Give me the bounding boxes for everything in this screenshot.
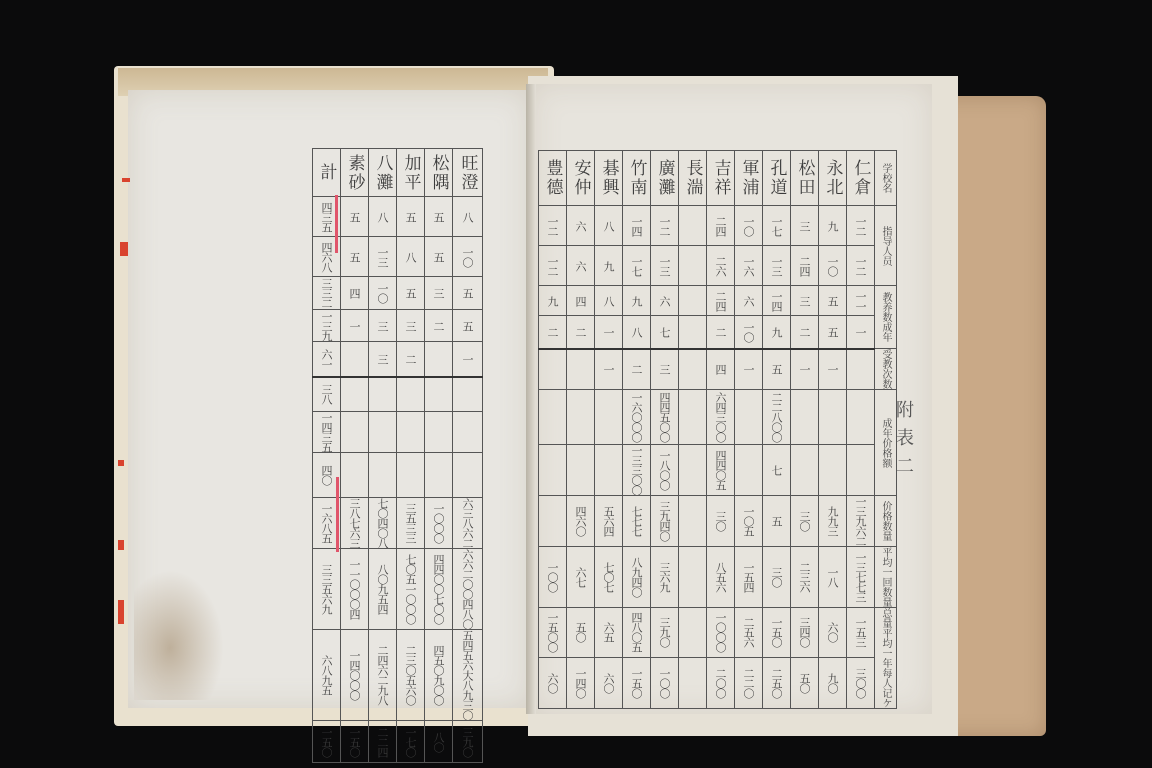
column-header: 永北 [819, 151, 847, 206]
table-cell: 三九〇 [453, 721, 483, 763]
table-cell: 一五四 [735, 547, 763, 608]
table-cell: 六一 [313, 342, 341, 377]
column-header: 竹南 [623, 151, 651, 206]
table-cell [397, 377, 425, 412]
table-cell: 三 [425, 277, 453, 310]
table-header-row: 計 素砂 八灘 加平 松隅 旺澄 [313, 149, 483, 197]
table-cell [595, 390, 623, 445]
table-cell: 三八七六三 [341, 498, 369, 549]
table-cell: 三三二 [313, 277, 341, 310]
table-cell: 五 [341, 197, 369, 237]
table-cell: 五 [341, 237, 369, 277]
table-cell: 一〇 [735, 206, 763, 246]
table-cell: 二三六 [791, 547, 819, 608]
column-header: 素砂 [341, 149, 369, 197]
table-cell: 一三七七三 [847, 547, 875, 608]
table-cell: 四 [341, 277, 369, 310]
table-cell: 四八〇五 [623, 608, 651, 658]
table-cell: 六〇 [539, 657, 567, 708]
table-cell: 三 [369, 342, 397, 377]
table-cell: 一八〇〇 [651, 445, 679, 496]
table-cell: 一二 [651, 206, 679, 246]
table-cell: 二 [539, 316, 567, 349]
table-row: 一五〇〇 五〇 六五 四八〇五 三九〇 一〇〇〇 二五六 一五〇 三四〇 六〇 … [539, 608, 897, 658]
column-header: 廣灘 [651, 151, 679, 206]
table-cell: 一三 [763, 246, 791, 286]
table-cell: 七〇四〇八 [369, 498, 397, 549]
row-label: 教养数成年 [875, 286, 897, 349]
table-row: 一五〇 一五〇 二二四 一七〇 八〇 三九〇 [313, 721, 483, 763]
column-header: 長湍 [679, 151, 707, 206]
table-cell: 五 [763, 496, 791, 547]
table-row: 一二 六 九 一七 一三 二六 一六 一三 二四 一〇 一二 [539, 246, 897, 286]
table-cell: 二 [791, 316, 819, 349]
table-cell: 七〇七 [595, 547, 623, 608]
right-ledger-table: 豊德 安仲 碁興 竹南 廣灘 長湍 吉祥 軍浦 孔道 松田 永北 仁倉 学校名 … [538, 150, 897, 709]
table-cell: 八九四〇 [623, 547, 651, 608]
table-cell: 一五三 [847, 608, 875, 658]
table-cell: 五〇 [791, 657, 819, 708]
table-cell: 一二 [539, 206, 567, 246]
table-cell: 五 [425, 197, 453, 237]
table-cell [679, 496, 707, 547]
table-cell: 五六四 [595, 496, 623, 547]
table-cell [567, 349, 595, 390]
table-cell [735, 390, 763, 445]
table-cell: 一五〇 [341, 721, 369, 763]
table-cell: 一四 [763, 286, 791, 316]
table-cell [397, 453, 425, 498]
table-cell: 三四〇 [791, 608, 819, 658]
table-cell [679, 657, 707, 708]
table-cell: 一 [595, 349, 623, 390]
table-cell [819, 445, 847, 496]
red-pencil-mark [335, 195, 338, 253]
table-cell: 三〇〇 [847, 657, 875, 708]
table-cell: 一一 [847, 286, 875, 316]
table-cell [679, 445, 707, 496]
table-cell [679, 390, 707, 445]
table-cell [679, 349, 707, 390]
table-cell: 五 [453, 310, 483, 342]
column-header: 豊德 [539, 151, 567, 206]
table-cell: 六七 [567, 547, 595, 608]
table-cell: 九 [819, 206, 847, 246]
table-cell: 四 [567, 286, 595, 316]
table-cell: 一 [847, 316, 875, 349]
table-cell: 一四 [623, 206, 651, 246]
row-label: 平均一回数量 [875, 547, 897, 608]
table-cell: 六〇 [595, 657, 623, 708]
table-cell: 九 [763, 316, 791, 349]
table-row: 六八九五 一四〇〇〇 二四六二九八 二三〇五六〇 四五〇九〇〇 五四五六大八九三… [313, 630, 483, 721]
table-cell: 四四五〇〇 [651, 390, 679, 445]
table-row: 一 二 三 四 一 五 一 一 受教次数 [539, 349, 897, 390]
table-row: 二 二 一 八 七 二 一〇 九 二 五 一 [539, 316, 897, 349]
table-cell: 一四〇 [567, 657, 595, 708]
table-cell: 五 [397, 277, 425, 310]
table-cell: 八 [623, 316, 651, 349]
table-row: 三八 [313, 377, 483, 412]
table-cell: 二四六二九八 [369, 630, 397, 721]
table-cell [341, 377, 369, 412]
table-cell [679, 286, 707, 316]
table-row: 一〇〇 六七 七〇七 八九四〇 三六九 八五六 一五四 三〇 二三六 一八 一三… [539, 547, 897, 608]
table-cell: 一 [453, 342, 483, 377]
table-cell: 一三 [369, 237, 397, 277]
table-cell: 三五三三 [397, 498, 425, 549]
table-cell: 一〇〇〇 [707, 608, 735, 658]
table-cell: 二六 [707, 246, 735, 286]
table-cell [369, 412, 397, 453]
table-cell: 五四五六大八九三〇 [453, 630, 483, 721]
column-header: 孔道 [763, 151, 791, 206]
table-cell [847, 445, 875, 496]
table-cell: 五 [763, 349, 791, 390]
table-row: 三三二 四 一〇 五 三 五 [313, 277, 483, 310]
table-cell: 七 [763, 445, 791, 496]
table-cell [679, 246, 707, 286]
table-cell: 九 [539, 286, 567, 316]
appendix-title: 附表二 [890, 400, 916, 484]
table-cell: 六五 [595, 608, 623, 658]
column-header: 松田 [791, 151, 819, 206]
table-cell [453, 377, 483, 412]
table-cell: 四四〇五 [707, 445, 735, 496]
book-gutter [526, 84, 536, 714]
column-header: 軍浦 [735, 151, 763, 206]
table-cell: 一〇 [819, 246, 847, 286]
table-cell: 八 [397, 237, 425, 277]
table-cell: 六八九五 [313, 630, 341, 721]
red-tab-mark [122, 178, 130, 182]
table-cell: 八五六 [707, 547, 735, 608]
table-cell: 一七〇 [397, 721, 425, 763]
table-cell: 三九〇 [651, 608, 679, 658]
table-cell: 八 [369, 197, 397, 237]
table-cell: 一 [819, 349, 847, 390]
table-cell: 一三 [651, 246, 679, 286]
table-cell: 七〇五一〇〇〇 [397, 549, 425, 630]
table-cell: 一八 [819, 547, 847, 608]
table-row: 四六〇 五六四 七七七 三九四〇 三〇 一〇五 五 三〇 九九三 一三九六二 价… [539, 496, 897, 547]
table-cell: 一三九六二 [847, 496, 875, 547]
table-cell: 二二八〇〇 [763, 390, 791, 445]
table-cell [679, 206, 707, 246]
table-cell: 九 [595, 246, 623, 286]
red-tab-mark [120, 242, 128, 256]
table-cell: 三 [791, 286, 819, 316]
row-label: 受教次数 [875, 349, 897, 390]
table-cell [369, 453, 397, 498]
table-cell: 五 [819, 316, 847, 349]
table-cell: 二五六 [735, 608, 763, 658]
table-cell: 一〇〇〇 [425, 498, 453, 549]
table-header-row: 豊德 安仲 碁興 竹南 廣灘 長湍 吉祥 軍浦 孔道 松田 永北 仁倉 学校名 [539, 151, 897, 206]
table-cell: 六〇 [819, 608, 847, 658]
table-row: 一三九 一 三 三 二 五 [313, 310, 483, 342]
table-cell: 三六九 [651, 547, 679, 608]
table-cell: 一〇 [735, 316, 763, 349]
table-cell: 二 [623, 349, 651, 390]
table-cell: 二二四 [369, 721, 397, 763]
table-cell [679, 608, 707, 658]
table-cell: 二五〇 [763, 657, 791, 708]
table-cell: 四 [707, 349, 735, 390]
row-label: 价格数量 [875, 496, 897, 547]
column-header: 仁倉 [847, 151, 875, 206]
table-cell: 一五〇 [313, 721, 341, 763]
table-cell: 一七 [763, 206, 791, 246]
table-cell [369, 377, 397, 412]
table-cell [847, 390, 875, 445]
table-cell: 六 [651, 286, 679, 316]
table-cell [539, 496, 567, 547]
table-cell: 二二〇 [735, 657, 763, 708]
table-cell: 五 [819, 286, 847, 316]
table-cell: 八 [595, 286, 623, 316]
table-row: 九 四 八 九 六 二四 六 一四 三 五 一一 教养数成年 [539, 286, 897, 316]
table-cell [567, 390, 595, 445]
table-row: 一二 六 八 一四 一二 二四 一〇 一七 三 九 一二 指导人员 [539, 206, 897, 246]
table-cell [539, 349, 567, 390]
table-cell: 六四三〇〇 [707, 390, 735, 445]
table-cell: 一 [791, 349, 819, 390]
table-cell [819, 390, 847, 445]
table-cell: 四四〇〇七〇〇 [425, 549, 453, 630]
column-header: 碁興 [595, 151, 623, 206]
table-cell [791, 390, 819, 445]
table-cell: 六 [567, 246, 595, 286]
red-pencil-mark [336, 477, 339, 552]
table-cell: 五〇 [567, 608, 595, 658]
table-cell: 一三三〇〇 [623, 445, 651, 496]
table-cell [791, 445, 819, 496]
table-cell: 一〇五 [735, 496, 763, 547]
table-cell [341, 412, 369, 453]
red-tab-mark [118, 540, 124, 550]
column-header: 松隅 [425, 149, 453, 197]
column-header: 加平 [397, 149, 425, 197]
table-cell: 一二 [539, 246, 567, 286]
table-cell [735, 445, 763, 496]
table-cell [453, 453, 483, 498]
table-cell: 七 [651, 316, 679, 349]
table-cell: 五 [425, 237, 453, 277]
table-cell [341, 453, 369, 498]
table-cell: 三 [651, 349, 679, 390]
table-cell [453, 412, 483, 453]
table-cell: 四五〇九〇〇 [425, 630, 453, 721]
table-row: 六〇 一四〇 六〇 一五〇 一〇〇 二〇〇 二二〇 二五〇 五〇 九〇 三〇〇 [539, 657, 897, 708]
column-header: 吉祥 [707, 151, 735, 206]
table-cell: 一〇 [453, 237, 483, 277]
red-tab-mark [118, 460, 124, 466]
table-cell: 三〇 [707, 496, 735, 547]
table-cell: 二 [707, 316, 735, 349]
table-cell: 一〇〇 [651, 657, 679, 708]
column-header: 安仲 [567, 151, 595, 206]
table-cell: 一六 [735, 246, 763, 286]
table-cell: 一四〇〇〇 [341, 630, 369, 721]
table-cell: 一一〇〇〇四 [341, 549, 369, 630]
table-cell [595, 445, 623, 496]
table-cell [679, 547, 707, 608]
table-cell: 二四 [791, 246, 819, 286]
table-cell: 三〇 [763, 547, 791, 608]
table-row: 一三三〇〇 一八〇〇 四四〇五 七 [539, 445, 897, 496]
table-cell: 一二 [847, 246, 875, 286]
table-cell: 六 [735, 286, 763, 316]
table-cell [539, 445, 567, 496]
table-cell: 一〇〇 [539, 547, 567, 608]
table-cell: 三 [397, 310, 425, 342]
table-cell: 二 [397, 342, 425, 377]
table-cell: 一三九 [313, 310, 341, 342]
table-cell [425, 453, 453, 498]
table-cell: 六三八六二 [453, 498, 483, 549]
table-cell: 三〇 [791, 496, 819, 547]
row-label: 指导人员 [875, 206, 897, 286]
table-cell: 二〇〇 [707, 657, 735, 708]
table-cell: 二 [567, 316, 595, 349]
water-stain [134, 570, 224, 700]
table-row: 四六八 五 一三 八 五 一〇 [313, 237, 483, 277]
table-cell [847, 349, 875, 390]
table-cell: 一 [735, 349, 763, 390]
table-cell: 一五〇 [623, 657, 651, 708]
table-row: 一四三五 [313, 412, 483, 453]
table-cell: 一七 [623, 246, 651, 286]
table-row: 四三五 五 八 五 五 八 [313, 197, 483, 237]
table-cell: 八〇九五四 [369, 549, 397, 630]
table-cell: 三 [791, 206, 819, 246]
table-cell [425, 412, 453, 453]
header-label: 学校名 [875, 151, 897, 206]
table-cell: 三三五六九 [313, 549, 341, 630]
table-cell: 五 [397, 197, 425, 237]
table-cell: 一五〇 [763, 608, 791, 658]
table-cell: 八 [453, 197, 483, 237]
table-row: 三三五六九 一一〇〇〇四 八〇九五四 七〇五一〇〇〇 四四〇〇七〇〇 六六二〇〇… [313, 549, 483, 630]
table-cell: 八〇 [425, 721, 453, 763]
table-cell: 一 [595, 316, 623, 349]
table-cell: 一二 [847, 206, 875, 246]
column-header: 八灘 [369, 149, 397, 197]
table-cell [539, 390, 567, 445]
row-label: 总量平均一年每人记ケ [875, 608, 897, 709]
table-cell: 四六〇 [567, 496, 595, 547]
table-row: 六一 三 二 一 [313, 342, 483, 377]
column-header: 計 [313, 149, 341, 197]
table-cell: 五 [453, 277, 483, 310]
column-header: 旺澄 [453, 149, 483, 197]
table-cell: 一四三五 [313, 412, 341, 453]
table-cell: 三 [369, 310, 397, 342]
table-cell: 六 [567, 206, 595, 246]
table-cell [341, 342, 369, 377]
table-cell: 一六〇〇〇 [623, 390, 651, 445]
red-tab-mark [118, 600, 124, 624]
table-cell: 一 [341, 310, 369, 342]
table-row: 一六〇〇〇 四四五〇〇 六四三〇〇 二二八〇〇 成年价格额 [539, 390, 897, 445]
table-cell: 九 [623, 286, 651, 316]
table-cell: 六六二〇〇四八〇 [453, 549, 483, 630]
table-cell: 八 [595, 206, 623, 246]
table-cell: 二三〇五六〇 [397, 630, 425, 721]
table-cell: 三九四〇 [651, 496, 679, 547]
table-cell: 二四 [707, 286, 735, 316]
table-cell: 九〇 [819, 657, 847, 708]
table-cell: 二四 [707, 206, 735, 246]
table-cell: 一五〇〇 [539, 608, 567, 658]
table-cell: 九九三 [819, 496, 847, 547]
table-cell [679, 316, 707, 349]
table-cell: 三八 [313, 377, 341, 412]
table-cell: 二 [425, 310, 453, 342]
table-cell: 七七七 [623, 496, 651, 547]
table-cell [425, 342, 453, 377]
table-cell: 一〇 [369, 277, 397, 310]
table-cell [425, 377, 453, 412]
table-cell [567, 445, 595, 496]
table-cell [397, 412, 425, 453]
